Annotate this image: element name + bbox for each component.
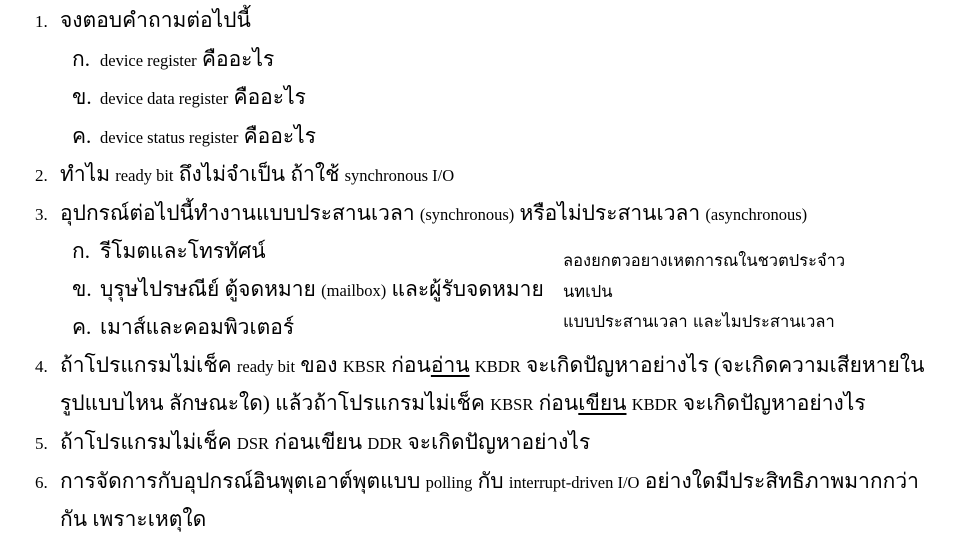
question-marker: 6. <box>35 464 60 502</box>
latin-term: device data register <box>100 89 228 108</box>
latin-term: DSR <box>237 434 269 453</box>
question-text: device register คืออะไร <box>100 47 274 71</box>
thai-text: จงตอบคำถามต่อไปนี้ <box>60 8 251 32</box>
latin-term: device status register <box>100 128 238 147</box>
thai-text: คืออะไร <box>228 85 306 109</box>
question-text: ถ้าโปรแกรมไม่เช็ค ready bit ของ KBSR ก่อ… <box>60 353 924 377</box>
latin-term: ready bit <box>115 166 173 185</box>
document-page: 1.จงตอบคำถามต่อไปนี้ก.device register คื… <box>0 0 960 540</box>
question-text: ทำไม ready bit ถึงไม่จำเป็น ถ้าใช้ synch… <box>60 162 454 186</box>
latin-term: KBSR <box>343 357 386 376</box>
question-text: กัน เพราะเหตุใด <box>60 507 206 531</box>
latin-term: (mailbox) <box>321 281 386 300</box>
latin-term: (synchronous) <box>420 205 514 224</box>
question-line: 3.อุปกรณ์ต่อไปนี้ทำงานแบบประสานเวลา (syn… <box>0 195 960 234</box>
thai-text: คืออะไร <box>197 47 275 71</box>
question-marker: 5. <box>35 425 60 463</box>
question-marker: 1. <box>35 3 60 41</box>
thai-text: ก่อน <box>386 353 431 377</box>
latin-term: (asynchronous) <box>705 205 807 224</box>
question-marker: ก. <box>72 41 100 79</box>
question-marker: ข. <box>72 79 100 117</box>
thai-text: จะเกิดปัญหาอย่างไร <box>678 391 866 415</box>
question-text: อุปกรณ์ต่อไปนี้ทำงานแบบประสานเวลา (synch… <box>60 201 807 225</box>
question-marker: ก. <box>72 233 100 271</box>
latin-term: KBDR <box>632 395 678 414</box>
question-text: เมาส์และคอมพิวเตอร์ <box>100 315 294 339</box>
question-text: ถ้าโปรแกรมไม่เช็ค DSR ก่อนเขียน DDR จะเก… <box>60 430 590 454</box>
thai-text: หรือไม่ประสานเวลา <box>514 201 705 225</box>
latin-term: polling <box>426 473 473 492</box>
thai-text: รูปแบบไหน ลักษณะใด) แล้วถ้าโปรแกรมไม่เช็… <box>60 391 490 415</box>
thai-text: ถ้าโปรแกรมไม่เช็ค <box>60 353 237 377</box>
thai-text: คืออะไร <box>238 124 316 148</box>
latin-term: KBDR <box>475 357 521 376</box>
thai-text: เมาส์และคอมพิวเตอร์ <box>100 315 294 339</box>
latin-term: ready bit <box>237 357 295 376</box>
thai-text: อุปกรณ์ต่อไปนี้ทำงานแบบประสานเวลา <box>60 201 420 225</box>
latin-term: DDR <box>367 434 402 453</box>
latin-term: interrupt-driven I/O <box>509 473 640 492</box>
thai-text: ของ <box>295 353 343 377</box>
question-marker: 2. <box>35 157 60 195</box>
question-text: รีโมตและโทรทัศน์ <box>100 239 266 263</box>
thai-text: ก่อน <box>533 391 578 415</box>
annotation-note: ลองยกตวอยางเหตการณในชวตประจำว นทเปน แบบป… <box>563 246 845 338</box>
question-line: กัน เพราะเหตุใด <box>0 501 960 539</box>
question-line: รูปแบบไหน ลักษณะใด) แล้วถ้าโปรแกรมไม่เช็… <box>0 385 960 424</box>
question-text: จงตอบคำถามต่อไปนี้ <box>60 8 251 32</box>
question-line: 1.จงตอบคำถามต่อไปนี้ <box>0 2 960 41</box>
thai-text: อ่าน <box>431 353 470 377</box>
question-text: device data register คืออะไร <box>100 85 306 109</box>
annotation-line: แบบประสานเวลา และไมประสานเวลา <box>563 307 845 338</box>
question-marker: ค. <box>72 309 100 347</box>
thai-text: บุรุษไปรษณีย์ ตู้จดหมาย <box>100 277 321 301</box>
thai-text: อย่างใดมีประสิทธิภาพมากกว่า <box>639 469 918 493</box>
question-marker: ค. <box>72 118 100 156</box>
thai-text: รีโมตและโทรทัศน์ <box>100 239 266 263</box>
thai-text: และผู้รับจดหมาย <box>386 277 544 301</box>
question-marker: 3. <box>35 196 60 234</box>
annotation-line: นทเปน <box>563 277 845 308</box>
question-line: ก.device register คืออะไร <box>0 41 960 80</box>
latin-term: KBSR <box>490 395 533 414</box>
question-text: การจัดการกับอุปกรณ์อินพุตเอาต์พุตแบบ pol… <box>60 469 919 493</box>
thai-text: เขียน <box>578 391 626 415</box>
thai-text: ถ้าโปรแกรมไม่เช็ค <box>60 430 237 454</box>
thai-text: กับ <box>472 469 509 493</box>
question-marker: 4. <box>35 348 60 386</box>
question-line: ค.device status register คืออะไร <box>0 118 960 157</box>
question-line: 4.ถ้าโปรแกรมไม่เช็ค ready bit ของ KBSR ก… <box>0 347 960 386</box>
question-text: device status register คืออะไร <box>100 124 316 148</box>
thai-text: จะเกิดปัญหาอย่างไร (จะเกิดความเสียหายใน <box>521 353 925 377</box>
question-line: 5.ถ้าโปรแกรมไม่เช็ค DSR ก่อนเขียน DDR จะ… <box>0 424 960 463</box>
thai-text: จะเกิดปัญหาอย่างไร <box>402 430 590 454</box>
thai-text: ถึงไม่จำเป็น ถ้าใช้ <box>173 162 344 186</box>
question-line: ข.device data register คืออะไร <box>0 79 960 118</box>
thai-text: กัน เพราะเหตุใด <box>60 507 206 531</box>
thai-text: การจัดการกับอุปกรณ์อินพุตเอาต์พุตแบบ <box>60 469 426 493</box>
thai-text: ก่อนเขียน <box>269 430 367 454</box>
annotation-line: ลองยกตวอยางเหตการณในชวตประจำว <box>563 246 845 277</box>
question-line: 2.ทำไม ready bit ถึงไม่จำเป็น ถ้าใช้ syn… <box>0 156 960 195</box>
question-line: 6.การจัดการกับอุปกรณ์อินพุตเอาต์พุตแบบ p… <box>0 463 960 502</box>
latin-term: device register <box>100 51 197 70</box>
question-marker: ข. <box>72 271 100 309</box>
thai-text: ทำไม <box>60 162 115 186</box>
question-text: รูปแบบไหน ลักษณะใด) แล้วถ้าโปรแกรมไม่เช็… <box>60 391 866 415</box>
question-text: บุรุษไปรษณีย์ ตู้จดหมาย (mailbox) และผู้… <box>100 277 544 301</box>
latin-term: synchronous I/O <box>345 166 455 185</box>
